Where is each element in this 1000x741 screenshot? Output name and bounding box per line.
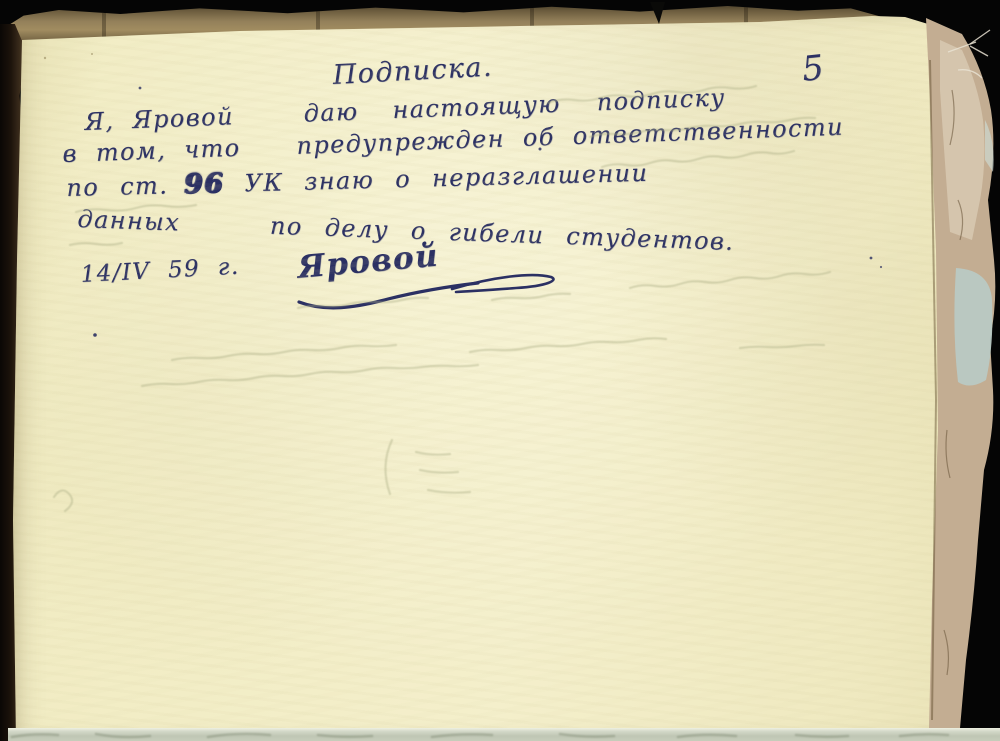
handwriting-word-group: даю xyxy=(303,97,359,127)
handwriting-word-group: по ст. xyxy=(66,171,168,202)
handwriting-word-group: настоящую xyxy=(392,90,561,124)
handwriting-word-group: УК знаю о неразглашении xyxy=(244,159,649,198)
scribbled-article-number: 96 xyxy=(184,168,225,200)
handwriting-word-group: в том, что xyxy=(62,134,241,168)
next-page-strip xyxy=(8,728,1000,741)
date-line: 14/IV 59 г. xyxy=(80,254,240,288)
handwriting-word-group: Я, Яровой xyxy=(84,102,234,136)
handwriting-word-group: подписку xyxy=(596,83,726,116)
signature: Яровой xyxy=(296,238,440,286)
handwriting-word-group: данных xyxy=(77,205,181,237)
page-number: 5 xyxy=(800,48,827,90)
scanned-notebook: Подписка. 5 Я, Яровойдаюнастоящуюподписк… xyxy=(0,0,1000,741)
page-title: Подписка. xyxy=(332,52,494,91)
notebook-page: Подписка. 5 Я, Яровойдаюнастоящуюподписк… xyxy=(0,0,1000,741)
